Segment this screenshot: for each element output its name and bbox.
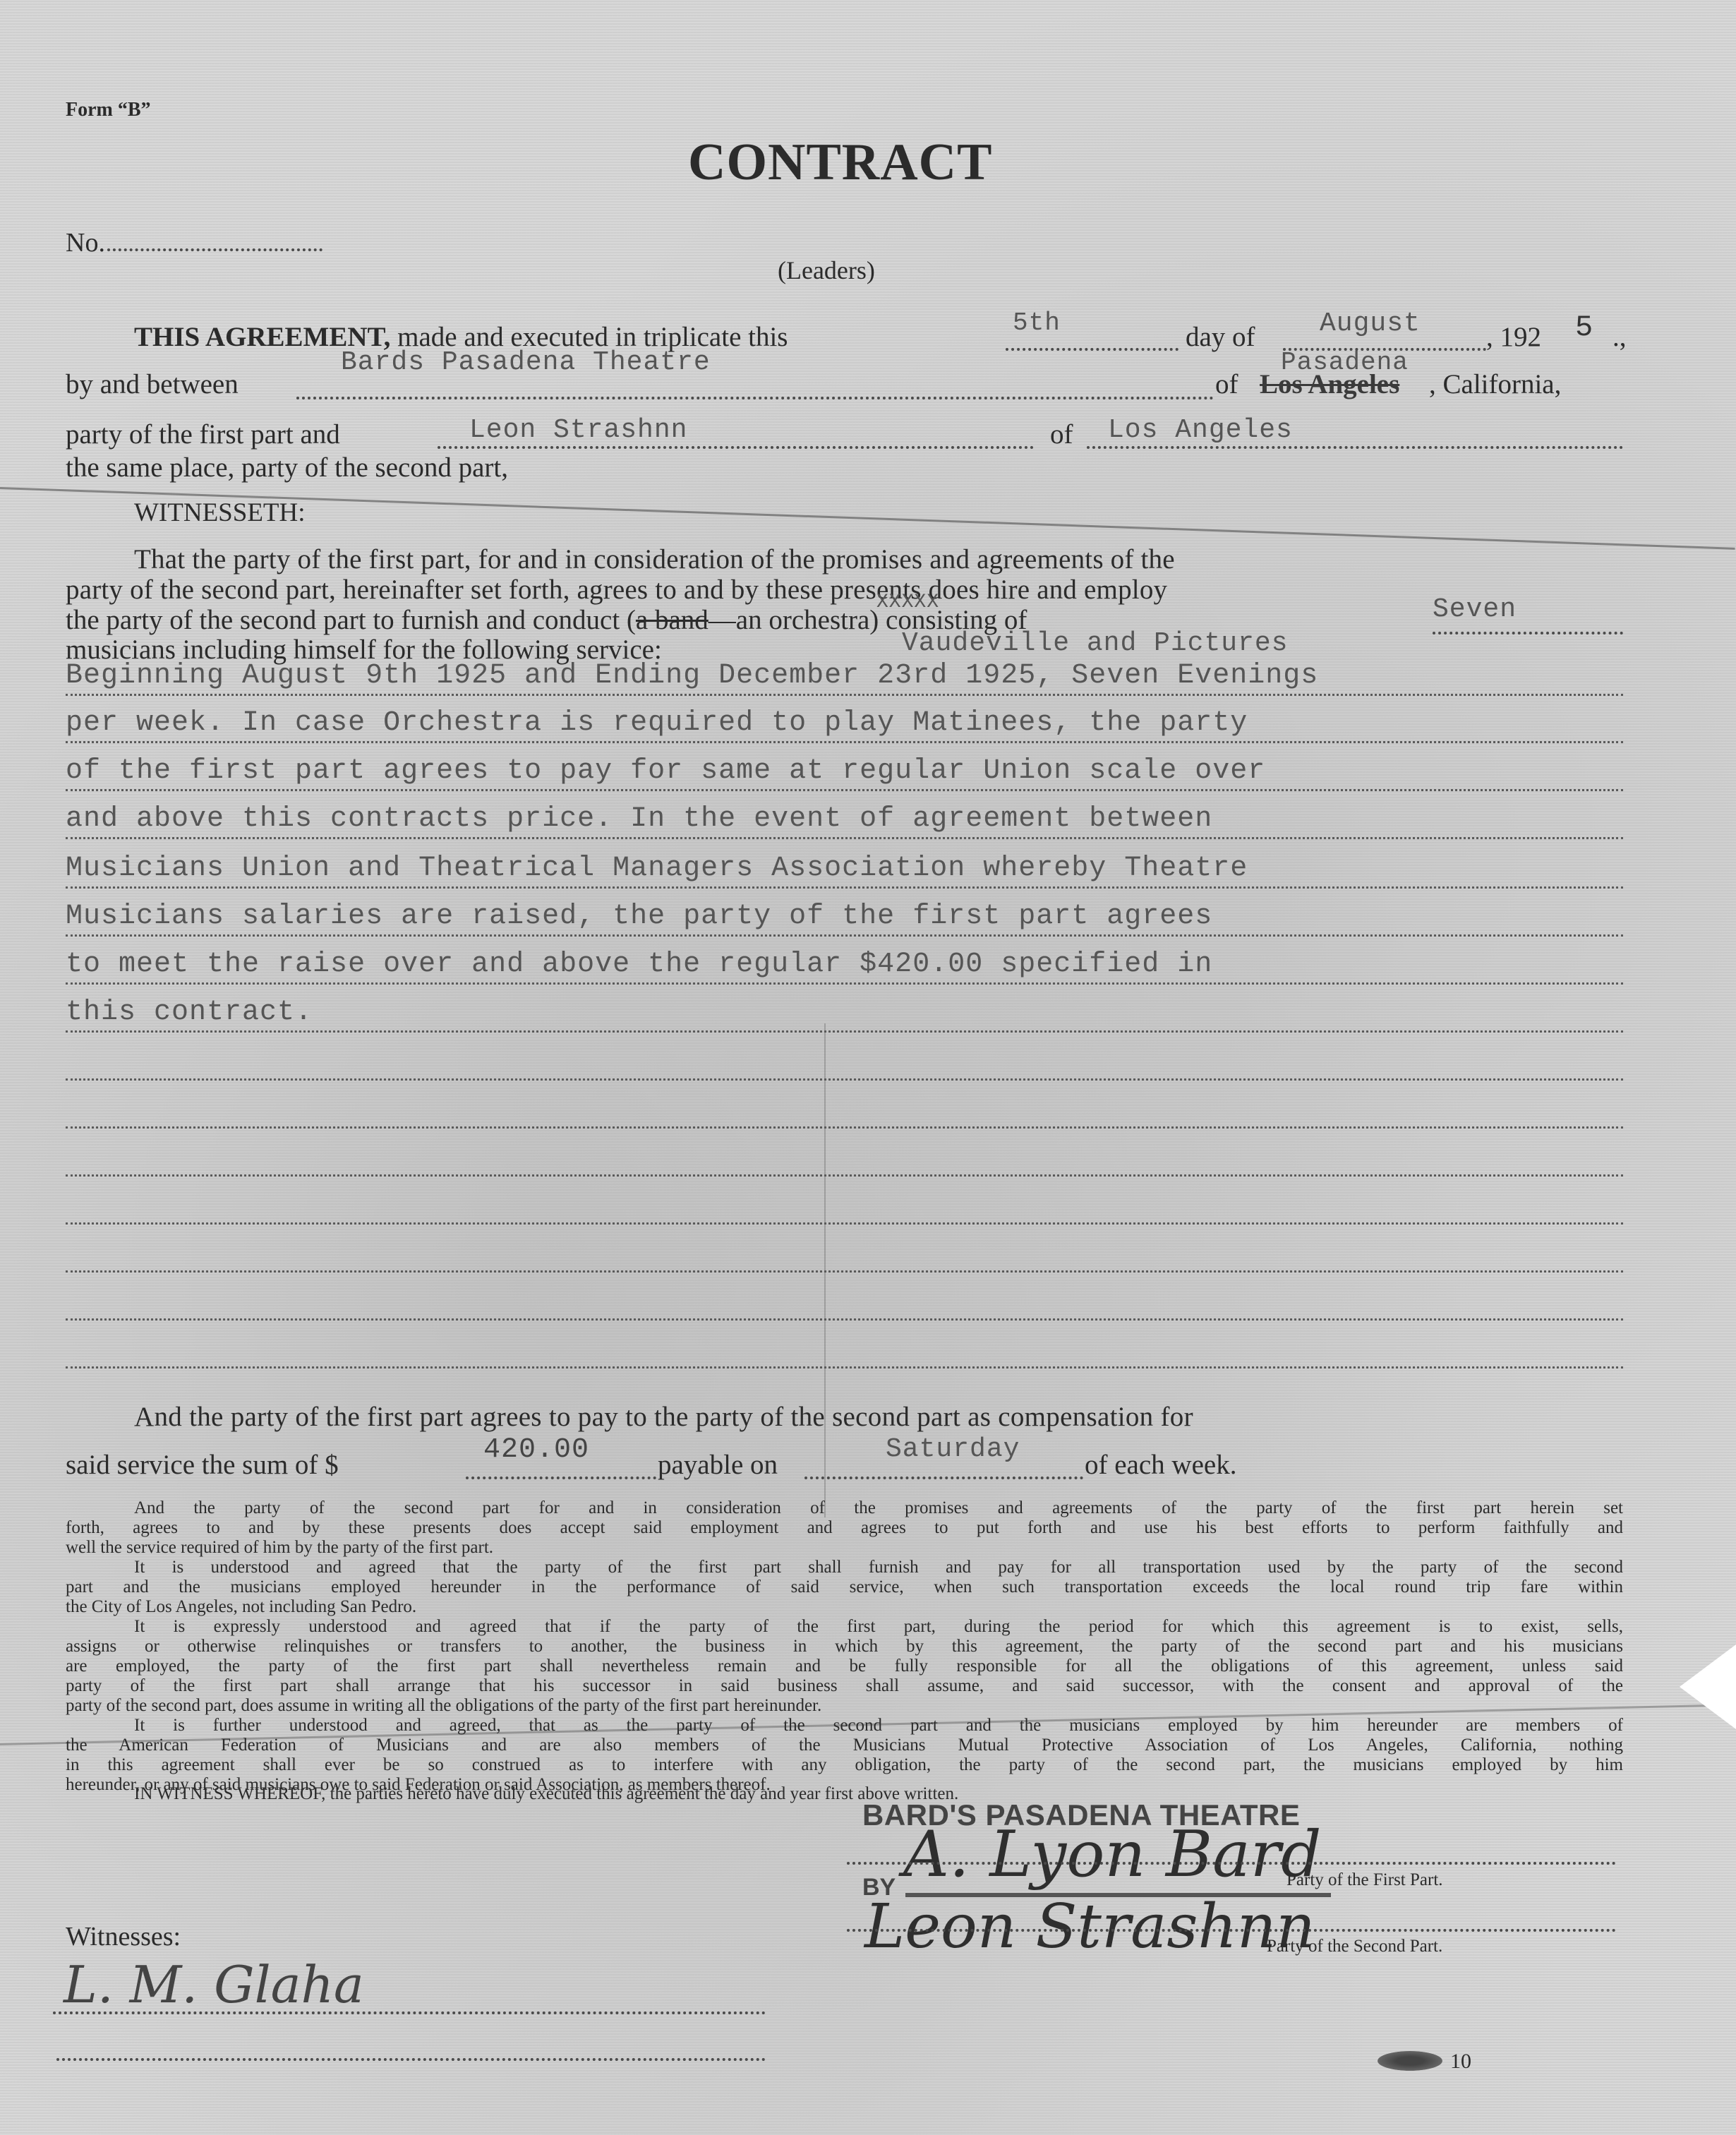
service-terms-line <box>66 982 1623 985</box>
day-field[interactable]: 5th <box>1013 308 1061 337</box>
subtitle: (Leaders) <box>778 255 875 285</box>
fine-print-line: part and the musicians employed hereunde… <box>66 1577 1623 1597</box>
service-terms-line <box>66 741 1623 743</box>
second-party-city[interactable]: Los Angeles <box>1108 415 1293 445</box>
year-comma: ., <box>1613 321 1627 353</box>
month-field[interactable]: August <box>1320 308 1421 339</box>
state-label: , California, <box>1429 368 1561 400</box>
fine-print-line: It is expressly understood and agreed th… <box>66 1617 1623 1637</box>
conduct-text: the party of the second part to furnish … <box>66 605 636 635</box>
service-terms-text[interactable]: Musicians Union and Theatrical Managers … <box>66 853 1248 884</box>
first-party-line <box>296 397 1214 399</box>
year-field[interactable]: 5 <box>1575 311 1593 344</box>
fine-print: And the party of the second part for and… <box>66 1498 1623 1795</box>
second-party-line <box>438 446 1034 449</box>
service-terms-text[interactable]: Beginning August 9th 1925 and Ending Dec… <box>66 660 1318 692</box>
witnesses-label: Witnesses: <box>66 1921 181 1952</box>
musician-count-line <box>1433 632 1623 635</box>
day-field-line <box>1006 348 1179 351</box>
service-terms-line <box>66 1222 1623 1225</box>
compensation-line: And the party of the first part agrees t… <box>134 1401 1193 1433</box>
service-terms-line <box>66 837 1623 839</box>
fine-print-line: the American Federation of Musicians and… <box>66 1736 1623 1755</box>
service-terms-text[interactable]: to meet the raise over and above the reg… <box>66 949 1212 980</box>
sum-field[interactable]: 420.00 <box>483 1434 589 1466</box>
service-terms-line <box>66 886 1623 889</box>
service-terms-line <box>66 789 1623 791</box>
service-terms-line <box>66 1078 1623 1081</box>
second-party-label: Party of the Second Part. <box>1267 1937 1442 1956</box>
witness-clause: IN WITNESS WHEREOF, the parties hereto h… <box>134 1784 958 1804</box>
fine-print-line: assigns or otherwise relinquishes or tra… <box>66 1637 1623 1656</box>
first-party-signature-line <box>847 1862 1616 1865</box>
day-of-label: day of <box>1186 321 1255 353</box>
form-number: 10 <box>1450 2050 1471 2074</box>
witnesseth-heading: WITNESSETH: <box>134 498 306 528</box>
witnesseth-line: party of the second part, hereinafter se… <box>66 574 1167 606</box>
payday-field[interactable]: Saturday <box>886 1434 1020 1465</box>
second-party-city-line <box>1087 446 1623 449</box>
witness-clause-bold: IN WITNESS WHEREOF, <box>134 1784 325 1803</box>
each-week-label: of each week. <box>1085 1449 1236 1481</box>
fine-print-line: are employed, the party of the first par… <box>66 1656 1623 1676</box>
fine-print-line: And the party of the second part for and… <box>66 1498 1623 1518</box>
payable-label: payable on <box>658 1449 778 1481</box>
union-bug-icon <box>1378 2051 1442 2071</box>
paper-tear <box>1680 1644 1736 1729</box>
service-terms-text[interactable]: of the first part agrees to pay for same… <box>66 755 1265 787</box>
service-terms-line <box>66 1030 1623 1033</box>
struck-band-text: a band <box>636 605 709 635</box>
fine-print-line: the City of Los Angeles, not including S… <box>66 1597 1623 1617</box>
number-field[interactable] <box>107 248 323 251</box>
fine-print-line: party of the second part, does assume in… <box>66 1696 1623 1716</box>
witnesseth-line: That the party of the first part, for an… <box>134 543 1175 575</box>
service-terms-line <box>66 1270 1623 1273</box>
fine-print-line: party of the first part shall arrange th… <box>66 1676 1623 1696</box>
first-party-name[interactable]: Bards Pasadena Theatre <box>341 347 711 378</box>
of-label: of <box>1215 368 1238 400</box>
form-label: Form “B” <box>66 99 151 121</box>
sum-line <box>466 1477 656 1479</box>
second-party-signature-line <box>847 1929 1616 1932</box>
service-terms-line <box>66 934 1623 937</box>
fine-print-line: It is understood and agreed that the par… <box>66 1558 1623 1577</box>
contract-page: Form “B” CONTRACT No. (Leaders) THIS AGR… <box>0 0 1736 2135</box>
second-party-signature: Leon Strashnn <box>864 1892 1315 1962</box>
service-terms-text[interactable]: per week. In case Orchestra is required … <box>66 707 1248 739</box>
struck-overtype: XXXXX <box>876 591 939 613</box>
service-terms-text[interactable]: and above this contracts price. In the e… <box>66 803 1212 835</box>
service-terms-text[interactable]: this contract. <box>66 997 313 1028</box>
second-party-name[interactable]: Leon Strashnn <box>469 415 687 445</box>
witness-line-2[interactable] <box>56 2058 766 2061</box>
musician-count-field[interactable]: Seven <box>1433 594 1517 625</box>
witness-line-1[interactable] <box>53 2011 766 2014</box>
fine-print-line: forth, agrees to and by these presents d… <box>66 1518 1623 1538</box>
page-title: CONTRACT <box>688 133 992 193</box>
same-place-text: the same place, party of the second part… <box>66 452 508 483</box>
service-terms-line <box>66 1174 1623 1177</box>
service-terms-line <box>66 1126 1623 1129</box>
year-prefix: , 192 <box>1486 321 1541 353</box>
number-label: No. <box>66 227 105 258</box>
sum-label: said service the sum of $ <box>66 1449 339 1481</box>
second-party-of-label: of <box>1050 419 1073 450</box>
by-between-label: by and between <box>66 368 239 400</box>
service-terms-text[interactable]: Musicians salaries are raised, the party… <box>66 901 1212 932</box>
payday-line <box>804 1477 1083 1479</box>
party-first-label: party of the first part and <box>66 419 340 450</box>
fine-print-line: well the service required of him by the … <box>66 1538 1623 1558</box>
service-terms-line <box>66 1318 1623 1321</box>
fine-print-line: in this agreement shall ever be so const… <box>66 1755 1623 1775</box>
first-party-signature: A. Lyon Bard <box>903 1817 1321 1892</box>
service-terms-line <box>66 694 1623 696</box>
witness-signature: L. M. Glaha <box>64 1955 364 2014</box>
first-party-label: Party of the First Part. <box>1286 1870 1443 1890</box>
service-terms-line <box>66 1366 1623 1369</box>
first-party-city-struck: Los Angeles <box>1260 368 1399 400</box>
fine-print-line: It is further understood and agreed, tha… <box>66 1716 1623 1736</box>
service-field[interactable]: Vaudeville and Pictures <box>902 628 1289 658</box>
